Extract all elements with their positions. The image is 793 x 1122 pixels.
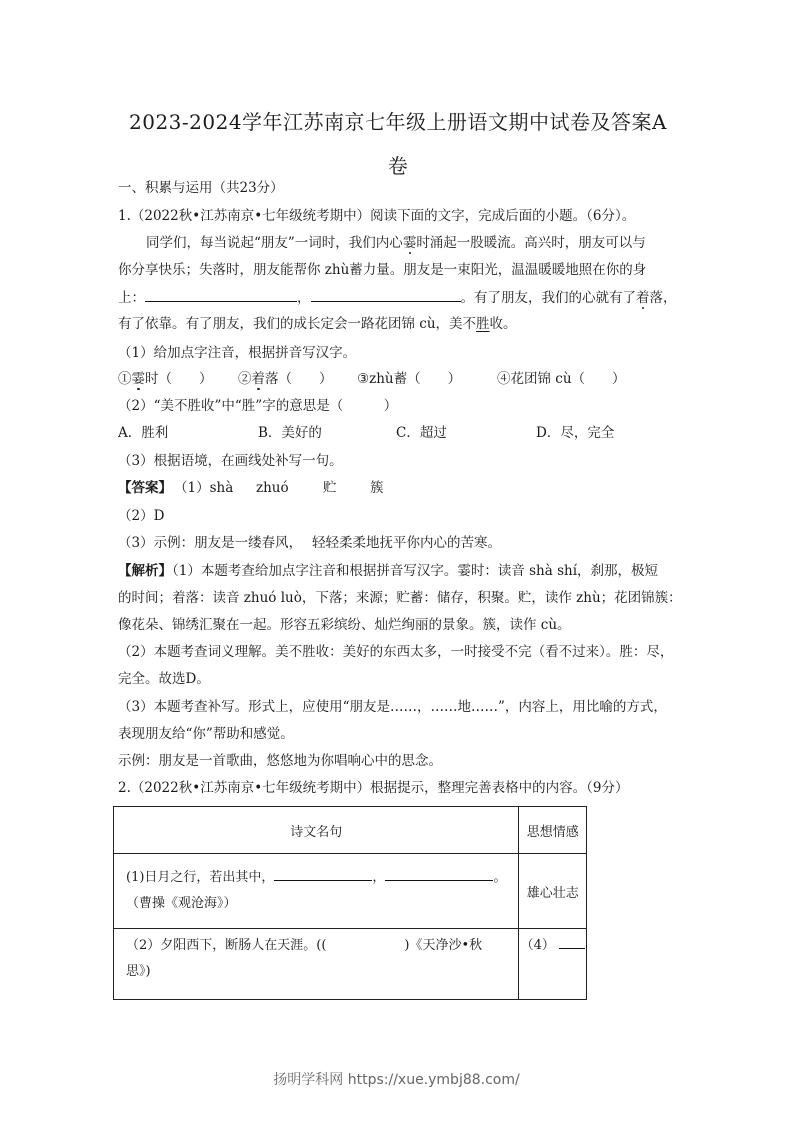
- answer-line-1: 【答案】 （1）shà zhuó 贮 簇: [118, 478, 678, 498]
- dotted-char: 霎: [132, 371, 146, 387]
- text: 上：: [118, 290, 145, 306]
- title-line-1: 2023-2024学年江苏南京七年级上册语文期中试卷及答案A: [110, 100, 686, 144]
- text: 。有了朋友，我们的心就有了: [461, 290, 637, 306]
- text: 同学们，每当说起“朋友”一词时，我们内心: [146, 235, 403, 251]
- text: 时涌起一股暖流。高兴时，朋友可以与: [416, 235, 646, 251]
- table-row: (1)日月之行，若出其中，，。 （曹操《观沧海》） 雄心壮志: [114, 854, 587, 929]
- passage-line-2: 你分享快乐；失落时，朋友能帮你 zhù蓄力量。朋友是一束阳光，温温暖暖地照在你的…: [118, 260, 678, 280]
- text: （1）本题考查给加点字注音和根据拼音写汉字。霎时：读音 shà shí，刹那，极…: [172, 563, 658, 579]
- fill-blank-2[interactable]: [311, 287, 461, 302]
- text: 轻轻柔柔地抚平你内心的苦寒。: [312, 533, 501, 553]
- analysis-line-1: 【解析】（1）本题考查给加点字注音和根据拼音写汉字。霎时：读音 shà shí，…: [118, 561, 678, 581]
- poem-line: （2）夕阳西下，断肠人在天涯。(( )《天净沙•秋: [126, 933, 506, 959]
- answer-1-2: zhuó: [256, 478, 289, 498]
- emotion-entry: （4）: [519, 933, 586, 959]
- options-row: A．胜利 B．美好的 C．超过 D．尽，完全: [118, 423, 678, 443]
- text: ①: [118, 371, 132, 387]
- item-4: ④花团锦 cù（ ）: [497, 369, 626, 389]
- text: ，: [372, 870, 385, 885]
- dotted-char: 霎: [403, 235, 417, 251]
- question-1-heading: 1.（2022秋•江苏南京•七年级统考期中）阅读下面的文字，完成后面的小题。（6…: [118, 206, 678, 226]
- text: 落，: [650, 290, 677, 306]
- option-a[interactable]: A．胜利: [118, 423, 168, 443]
- text: （3）示例：朋友是一缕春风，: [118, 533, 302, 553]
- sub-question-3: （3）根据语境，在画线处补写一句。: [118, 451, 678, 471]
- sub-question-1: （1）给加点字注音，根据拼音写汉字。: [118, 343, 678, 363]
- poem-table: 诗文名句 思想情感 (1)日月之行，若出其中，，。 （曹操《观沧海》） 雄心壮志…: [113, 806, 587, 1000]
- analysis-line-7: 表现朋友给“你”帮助和感觉。: [118, 724, 678, 744]
- answer-label: 【答案】: [118, 478, 172, 498]
- poem-cell: (1)日月之行，若出其中，，。 （曹操《观沧海》）: [114, 854, 519, 929]
- analysis-label: 【解析】: [118, 563, 172, 579]
- document-title: 2023-2024学年江苏南京七年级上册语文期中试卷及答案A 卷: [110, 100, 686, 188]
- passage-line-4: 有了依靠。有了朋友，我们的成长定会一路花团锦 cù，美不胜收。: [118, 314, 678, 334]
- analysis-line-5: 完全。故选D。: [118, 669, 678, 689]
- emotion-cell: 雄心壮志: [519, 854, 587, 929]
- option-d[interactable]: D．尽，完全: [536, 423, 614, 443]
- analysis-line-8: 示例：朋友是一首歌曲，悠悠地为你唱响心中的思念。: [118, 751, 678, 771]
- text: （4）: [521, 938, 555, 953]
- emotion-cell: （4）: [519, 929, 587, 1000]
- sub-question-2: （2）“美不胜收”中“胜”字的意思是（ ）: [118, 396, 678, 416]
- answer-line-2: （2）D: [118, 506, 678, 526]
- analysis-line-2: 的时间；着落：读音 zhuó luò，下落；来源；贮蓄：储存，积聚。贮，读作 z…: [118, 588, 678, 608]
- passage-line-1: 同学们，每当说起“朋友”一词时，我们内心霎时涌起一股暖流。高兴时，朋友可以与: [146, 233, 706, 253]
- header-poem-lines: 诗文名句: [114, 807, 519, 854]
- passage-line-3: 上：，。有了朋友，我们的心就有了着落，: [118, 287, 678, 308]
- section-heading: 一、积累与运用（共23分）: [118, 178, 678, 198]
- text: ②: [238, 371, 252, 387]
- analysis-line-4: （2）本题考查词义理解。美不胜收：美好的东西太多，一时接受不完（看不过来）。胜：…: [118, 642, 678, 662]
- fill-blank[interactable]: [274, 866, 372, 881]
- option-b[interactable]: B．美好的: [258, 423, 322, 443]
- header-emotion: 思想情感: [519, 807, 587, 854]
- analysis-line-6: （3）本题考查补写。形式上，应使用“朋友是……，……地……”，内容上，用比喻的方…: [118, 697, 678, 717]
- text: 。: [493, 870, 506, 885]
- answer-1-1: （1）shà: [174, 478, 233, 498]
- text: (1)日月之行，若出其中，: [126, 870, 274, 885]
- table-row: （2）夕阳西下，断肠人在天涯。(( )《天净沙•秋 思》) （4）: [114, 929, 587, 1000]
- option-c[interactable]: C．超过: [396, 423, 447, 443]
- table-header-row: 诗文名句 思想情感: [114, 807, 587, 854]
- dotted-char: 着: [636, 290, 650, 306]
- underlined-char: 胜: [476, 316, 490, 332]
- poem-line: (1)日月之行，若出其中，，。: [126, 865, 506, 891]
- analysis-line-3: 像花朵、锦绣汇聚在一起。形容五彩缤纷、灿烂绚丽的景象。簇，读作 cù。: [118, 615, 678, 635]
- dotted-char: 着: [252, 371, 266, 387]
- item-3: ③zhù蓄（ ）: [357, 369, 461, 389]
- text: ，: [297, 290, 311, 306]
- poem-source: （曹操《观沧海》）: [126, 891, 506, 917]
- question-2-heading: 2.（2022秋•江苏南京•七年级统考期中）根据提示，整理完善表格中的内容。（9…: [118, 778, 678, 798]
- text: 有了依靠。有了朋友，我们的成长定会一路花团锦 cù，美不: [118, 316, 476, 332]
- text: 时（ ）: [145, 371, 213, 387]
- sub-question-1-items: ①霎时（ ） ②着落（ ） ③zhù蓄（ ） ④花团锦 cù（ ）: [118, 369, 678, 389]
- footer-watermark: 扬明学科网 https://xue.ymbj88.com/: [0, 1069, 793, 1089]
- item-1: ①霎时（ ）: [118, 369, 213, 389]
- poem-source: 思》): [126, 959, 506, 985]
- poem-cell: （2）夕阳西下，断肠人在天涯。(( )《天净沙•秋 思》): [114, 929, 519, 1000]
- item-2: ②着落（ ）: [238, 369, 333, 389]
- fill-blank[interactable]: [385, 866, 493, 881]
- text: 落（ ）: [265, 371, 333, 387]
- answer-1-3: 贮: [323, 478, 337, 498]
- fill-blank-1[interactable]: [145, 287, 297, 302]
- answer-1-4: 簇: [370, 478, 384, 498]
- text: 收。: [490, 316, 517, 332]
- fill-blank[interactable]: [559, 934, 585, 949]
- answer-line-3: （3）示例：朋友是一缕春风， 轻轻柔柔地抚平你内心的苦寒。: [118, 533, 678, 553]
